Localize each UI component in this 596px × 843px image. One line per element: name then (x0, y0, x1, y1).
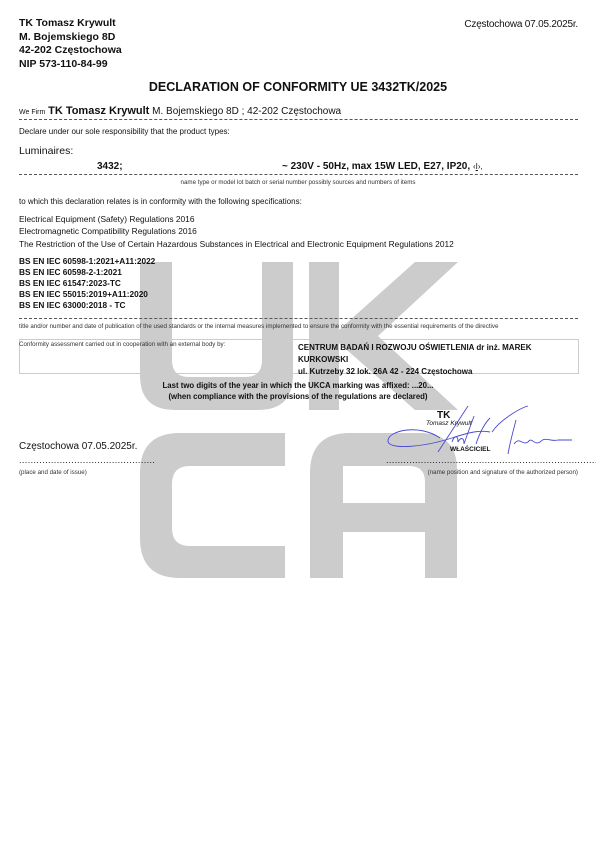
issuer-city: 42-202 Częstochowa (19, 44, 122, 58)
regulation-item: Electrical Equipment (Safety) Regulation… (19, 213, 454, 225)
firm-line: We Firm TK Tomasz Krywult M. Bojemskiego… (19, 105, 341, 117)
stamp-role: WŁAŚCICIEL (450, 446, 490, 453)
regulation-item: Electromagnetic Compatibility Regulation… (19, 225, 454, 237)
assessment-body: CENTRUM BADAŃ I ROZWOJU OŚWIETLENIA dr i… (298, 342, 578, 378)
firm-address: M. Bojemskiego 8D ; 42-202 Częstochowa (152, 106, 341, 117)
assessment-body-address: ul. Kutrzeby 32 lok. 26A 42 - 224 Często… (298, 366, 578, 378)
issuer-block: TK Tomasz Krywult M. Bojemskiego 8D 42-2… (19, 17, 122, 71)
signature-icon (380, 402, 580, 462)
stamp-name: Tomasz Krywult (426, 420, 472, 427)
assessment-label: Conformity assessment carried out in coo… (19, 341, 225, 348)
standards-list: BS EN IEC 60598-1:2021+A11:2022 BS EN IE… (19, 256, 155, 311)
issuer-street: M. Bojemskiego 8D (19, 31, 122, 45)
caption-signature: (name position and signature of the auth… (428, 469, 578, 476)
ukca-marking-line2: (when compliance with the provisions of … (0, 391, 596, 402)
dotted-line-right: ........................................… (386, 455, 596, 465)
divider (19, 174, 578, 175)
ukca-marking-note: Last two digits of the year in which the… (0, 380, 596, 402)
document-title: DECLARATION OF CONFORMITY UE 3432TK/2025 (0, 80, 596, 94)
product-caption: name type or model lot batch or serial n… (0, 179, 596, 186)
conformity-text: to which this declaration relates is in … (19, 197, 302, 206)
issuer-nip: NIP 573-110-84-99 (19, 58, 122, 72)
product-specs-text: ~ 230V - 50Hz, max 15W LED, E27, IP20, (282, 161, 470, 172)
dotted-line-left: ........................................… (19, 455, 155, 465)
standard-item: BS EN IEC 55015:2019+A11:2020 (19, 289, 155, 300)
class-symbol-icon: ‹I›, (473, 162, 483, 171)
firm-prefix: We Firm (19, 109, 45, 116)
standard-item: BS EN IEC 61547:2023-TC (19, 278, 155, 289)
standard-item: BS EN IEC 60598-1:2021+A11:2022 (19, 256, 155, 267)
product-category: Luminaires: (19, 145, 73, 157)
product-specs: ~ 230V - 50Hz, max 15W LED, E27, IP20, ‹… (282, 161, 483, 172)
firm-name: TK Tomasz Krywult (48, 105, 149, 117)
ukca-marking-line1: Last two digits of the year in which the… (0, 380, 596, 391)
place-and-date: Częstochowa 07.05.2025r. (19, 441, 137, 452)
divider (19, 119, 578, 120)
issuer-name: TK Tomasz Krywult (19, 17, 122, 31)
header-date: Częstochowa 07.05.2025r. (464, 19, 578, 30)
standards-caption: title and/or number and date of publicat… (19, 323, 498, 330)
regulations-list: Electrical Equipment (Safety) Regulation… (19, 213, 454, 250)
product-model: 3432; (97, 161, 123, 172)
standard-item: BS EN IEC 60598-2-1:2021 (19, 267, 155, 278)
divider (19, 318, 578, 319)
caption-place-date: (place and date of issue) (19, 469, 87, 476)
standard-item: BS EN IEC 63000:2018 - TC (19, 300, 155, 311)
assessment-body-name: CENTRUM BADAŃ I ROZWOJU OŚWIETLENIA dr i… (298, 342, 578, 366)
regulation-item: The Restriction of the Use of Certain Ha… (19, 238, 454, 250)
declare-text: Declare under our sole responsibility th… (19, 127, 230, 136)
